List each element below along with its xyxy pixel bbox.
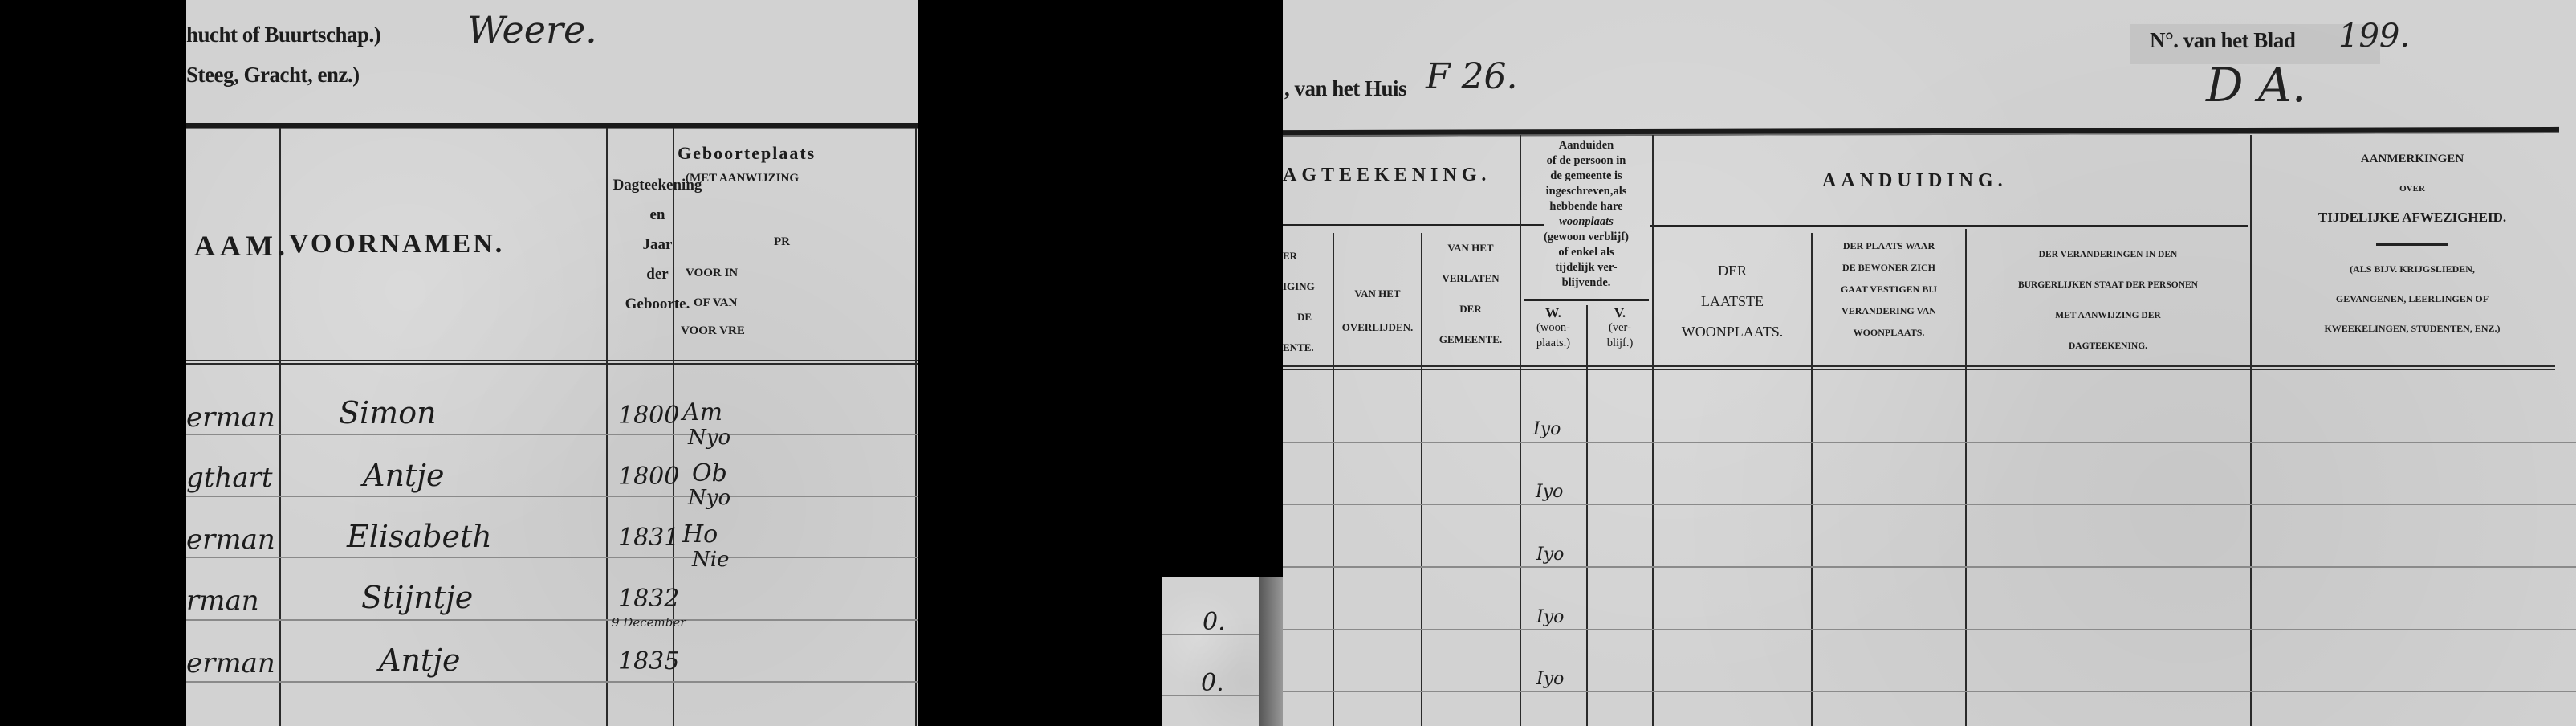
col-divider: [279, 128, 281, 726]
brace-line: [1524, 299, 1649, 301]
row-line: [186, 619, 918, 621]
right-page-fragment: , van het Huis F 26. N°. van het Blad 19…: [1283, 0, 2576, 726]
col-header-aanmerkingen: AANMERKINGEN OVER TIJDELIJKE AFWEZIGHEID…: [2252, 153, 2573, 335]
jaar-cell: 1800: [618, 463, 679, 491]
jaar-note: 9 December: [612, 615, 686, 630]
binding-shadow: [1259, 577, 1283, 726]
plaats-cell: Ho: [682, 520, 718, 549]
column-header-bottom-rule: [186, 360, 918, 361]
buurtschap-label: hucht of Buurtschap.): [186, 22, 380, 47]
row-line: [186, 434, 918, 435]
straat-label: Steeg, Gracht, enz.): [186, 63, 360, 88]
row-line: [1283, 691, 2576, 692]
plaats-cell-line2: Nyo: [688, 426, 730, 450]
col-header-aanduiden: Aanduiden of de persoon in de gemeente i…: [1521, 138, 1651, 291]
brace-line: [1650, 225, 2248, 227]
col-header-veranderingen: DER VERANDERINGEN IN DEN BURGERLIJKEN ST…: [1967, 239, 2249, 361]
plaats-cell-line2: Nyo: [688, 486, 730, 510]
plaats-cell: Am: [682, 398, 722, 426]
blad-value: 199.: [2338, 18, 2410, 55]
naam-cell: rman: [186, 585, 259, 617]
huis-label: , van het Huis: [1284, 76, 1406, 101]
col-divider: [606, 128, 608, 726]
huis-value: F 26.: [1426, 56, 1518, 97]
col-header-overlijden: VAN HET OVERLIJDEN.: [1334, 277, 1421, 345]
voornamen-cell: Simon: [339, 395, 437, 430]
divider-flourish: [2376, 243, 2448, 246]
group-aanduiding: AANDUIDING.: [1822, 170, 2008, 192]
mark: 0.: [1201, 669, 1224, 697]
col-header-w: W. (woon- plaats.): [1521, 305, 1585, 351]
voornamen-cell: Antje: [363, 458, 444, 493]
left-page-fragment: hucht of Buurtschap.) Weere. Steeg, Grac…: [186, 0, 918, 726]
col-header-vestiging: ER IGING DE ENTE.: [1283, 241, 1331, 363]
header-rule: [1283, 127, 2559, 137]
col-header-voornamen: VOORNAMEN.: [289, 229, 504, 259]
brace-line: [1283, 224, 1544, 226]
blad-initials: D A.: [2206, 58, 2306, 112]
naam-cell: erman: [186, 402, 275, 434]
col-header-laatste-woonplaats: DER LAATSTE WOONPLAATS.: [1654, 255, 1811, 347]
column-header-bottom-rule: [1283, 365, 2555, 367]
row-line: [186, 496, 918, 497]
col-header-naam: AAM.: [194, 229, 290, 263]
group-dagteekening: AGTEEKENING.: [1283, 165, 1491, 186]
voornamen-cell: Stijntje: [361, 580, 473, 615]
w-mark: Iyo: [1536, 669, 1564, 689]
naam-cell: erman: [186, 647, 275, 679]
jaar-cell: 1800: [618, 402, 679, 430]
w-mark: Iyo: [1536, 607, 1564, 627]
col-divider: [1652, 135, 1654, 726]
row-line: [186, 557, 918, 558]
voornamen-cell: Elisabeth: [347, 519, 492, 554]
row-line: [1283, 504, 2576, 505]
mark: 0.: [1203, 608, 1226, 636]
jaar-cell: 1835: [618, 647, 679, 675]
w-mark: Iyo: [1533, 419, 1561, 439]
col-header-geboorteplaats: Geboorteplaats (MET AANWIJZING PR VOOR I…: [678, 143, 910, 338]
w-mark: Iyo: [1536, 482, 1563, 502]
row-line: [1283, 442, 2576, 443]
col-divider: [1586, 305, 1588, 726]
row-line: [186, 681, 918, 683]
col-header-verlaten: VAN HET VERLATEN DER GEMEENTE.: [1422, 233, 1519, 355]
col-header-v: V. (ver- blijf.): [1588, 305, 1652, 351]
row-line: [1283, 566, 2576, 568]
jaar-cell: 1832: [618, 585, 679, 613]
naam-cell: erman: [186, 524, 275, 556]
col-header-plaats-waar: DER PLAATS WAAR DE BEWONER ZICH GAAT VES…: [1813, 235, 1965, 344]
header-rule: [186, 123, 918, 129]
row-line: [1283, 629, 2576, 630]
plaats-cell-line2: Nie: [692, 548, 729, 572]
w-mark: Iyo: [1536, 544, 1564, 565]
blad-label: N°. van het Blad: [2150, 28, 2295, 53]
plaats-cell: Ob: [692, 459, 727, 487]
naam-cell: gthart: [186, 462, 273, 494]
bottom-left-fragment: 0. 0.: [1162, 577, 1283, 726]
voornamen-cell: Antje: [379, 642, 460, 678]
jaar-cell: 1831: [618, 524, 679, 552]
col-divider: [915, 128, 917, 726]
buurtschap-value: Weere.: [467, 8, 597, 51]
